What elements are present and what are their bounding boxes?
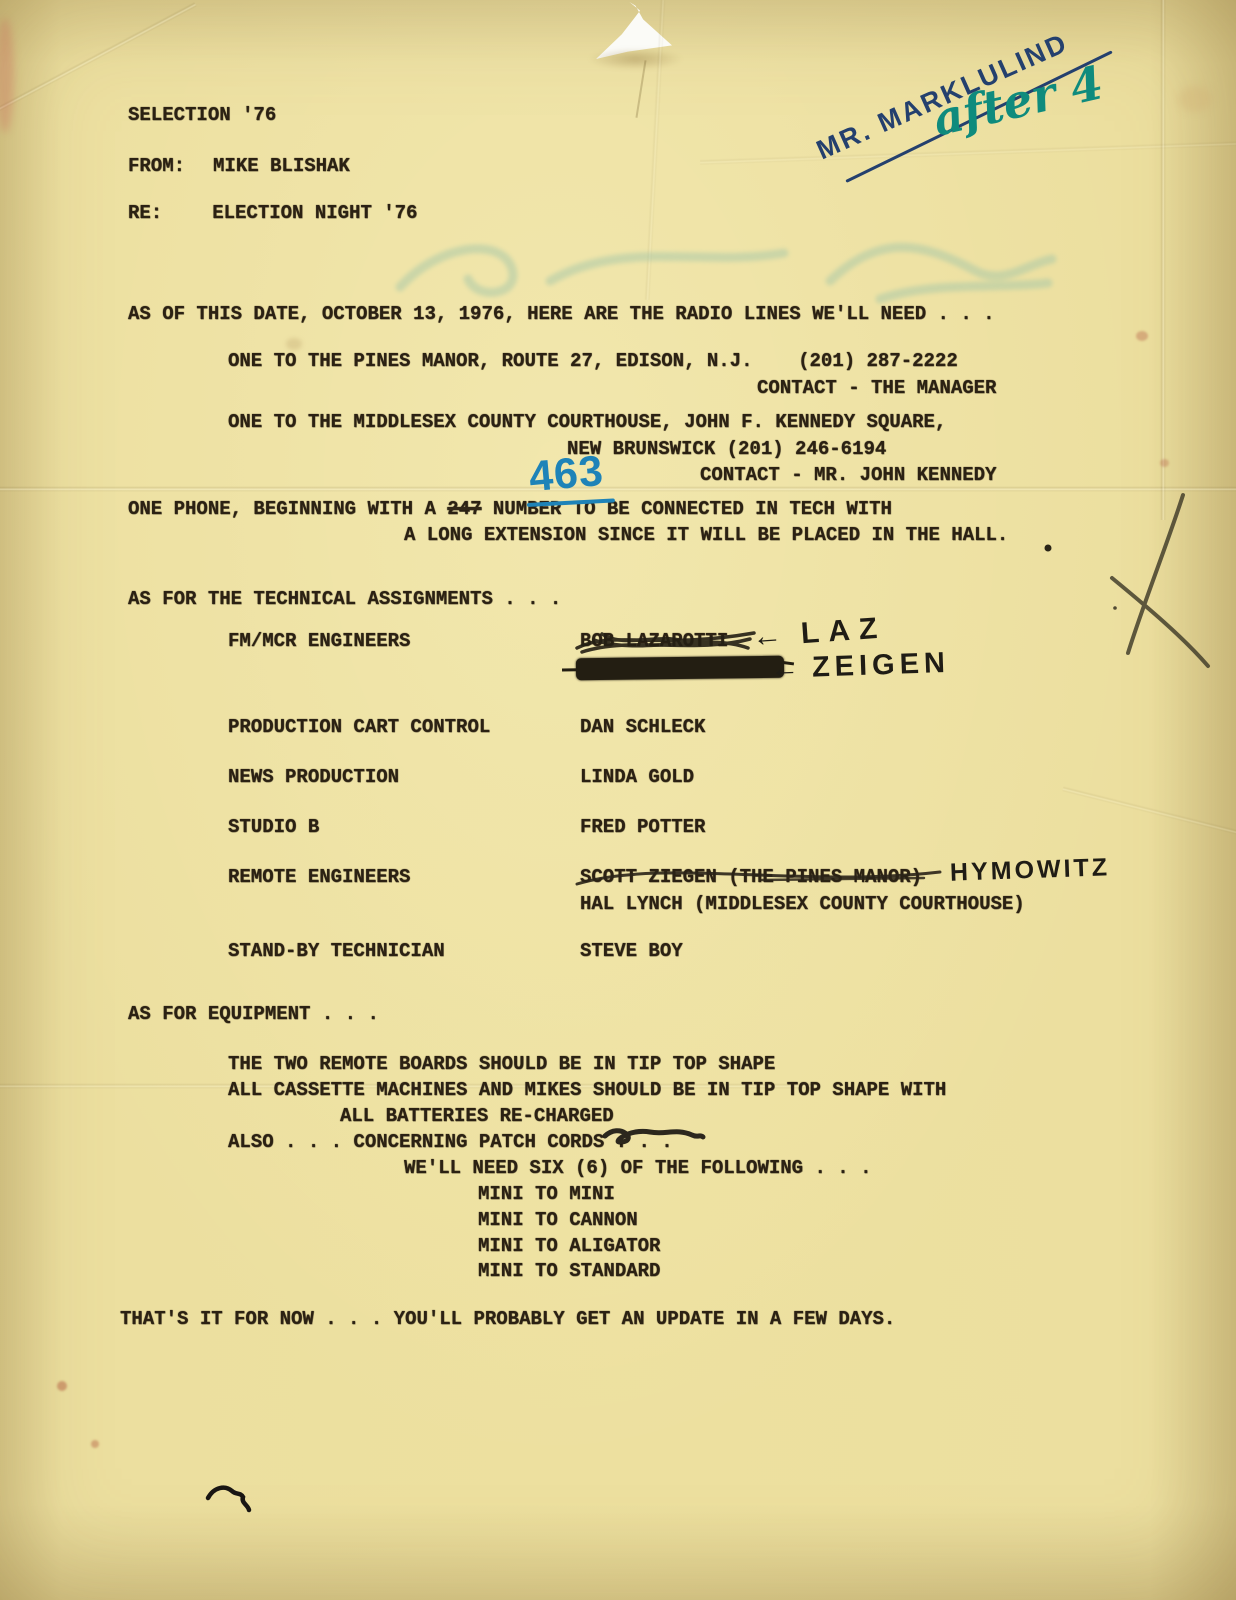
assignment-name: STEVE BOY — [580, 940, 683, 962]
re-subject: ELECTION NIGHT '76 — [162, 202, 417, 224]
ink-strikethrough — [572, 858, 972, 894]
paper-crease — [1062, 786, 1236, 840]
equipment-heading: AS FOR EQUIPMENT . . . — [128, 1003, 379, 1025]
assignment-role: STUDIO B — [228, 816, 319, 838]
paper-tear-shadow — [588, 48, 683, 70]
ink-squiggle — [202, 1480, 262, 1516]
from-label: FROM: — [128, 155, 185, 177]
phone-line: ONE PHONE, BEGINNING WITH A 247 NUMBER T… — [128, 498, 892, 520]
assignment-name-line2: HAL LYNCH (MIDDLESEX COUNTY COURTHOUSE) — [580, 893, 1025, 915]
paper-stain — [0, 18, 14, 133]
assignment-role: FM/MCR ENGINEERS — [228, 630, 410, 652]
assignment-name: DAN SCHLECK — [580, 716, 705, 738]
equipment-line: MINI TO STANDARD — [478, 1260, 660, 1282]
assignment-role: STAND-BY TECHNICIAN — [228, 940, 445, 962]
old-phone-prefix: 247 — [447, 498, 481, 520]
equipment-line: MINI TO MINI — [478, 1183, 615, 1205]
paper-stain — [57, 1381, 67, 1391]
paper-stain — [1136, 331, 1148, 341]
equipment-line: WE'LL NEED SIX (6) OF THE FOLLOWING . . … — [404, 1157, 871, 1179]
assignment-name: FRED POTTER — [580, 816, 705, 838]
handwritten-fm-note-1: ←LAZ — [751, 611, 887, 654]
arrow-icon: ← — [769, 652, 804, 685]
handwritten-phone-correction: 463 — [527, 447, 606, 502]
ink-scribble — [572, 624, 762, 658]
assignment-name: LINDA GOLD — [580, 766, 694, 788]
pines-contact-line: CONTACT - THE MANAGER — [757, 377, 996, 399]
paper-stain — [1160, 459, 1169, 467]
radio-line-pines: ONE TO THE PINES MANOR, ROUTE 27, EDISON… — [228, 350, 958, 372]
paper-stain — [286, 338, 302, 350]
ink-bleedthrough — [360, 225, 1060, 315]
equipment-line: THE TWO REMOTE BOARDS SHOULD BE IN TIP T… — [228, 1053, 775, 1075]
equipment-line: MINI TO CANNON — [478, 1209, 638, 1231]
re-label: RE: — [128, 202, 162, 224]
re-line: RE:ELECTION NIGHT '76 — [128, 202, 417, 224]
redacted-name-block — [576, 656, 784, 681]
paper-stain — [91, 1440, 99, 1448]
from-line: FROM:MIKE BLISHAK — [128, 155, 350, 177]
arrow-icon: ← — [751, 618, 792, 654]
assignment-role: PRODUCTION CART CONTROL — [228, 716, 490, 738]
courthouse-contact-line: CONTACT - MR. JOHN KENNEDY — [700, 464, 996, 486]
equipment-line: ALL BATTERIES RE-CHARGED — [340, 1105, 614, 1127]
assignments-heading: AS FOR THE TECHNICAL ASSIGNMENTS . . . — [128, 588, 561, 610]
from-name: MIKE BLISHAK — [185, 155, 350, 177]
equipment-line: MINI TO ALIGATOR — [478, 1235, 660, 1257]
pencil-x-mark — [1040, 480, 1236, 680]
phone-line-2: A LONG EXTENSION SINCE IT WILL BE PLACED… — [404, 524, 1008, 546]
ink-scribble — [600, 1122, 705, 1148]
assignment-role: NEWS PRODUCTION — [228, 766, 399, 788]
paper-stain — [1178, 86, 1212, 112]
memo-title: SELECTION '76 — [128, 104, 276, 126]
paper-crease — [700, 141, 1236, 166]
handwritten-fm-note-2: ←ZEIGEN — [769, 647, 950, 686]
paper-crease — [1160, 0, 1166, 520]
assignment-role: REMOTE ENGINEERS — [228, 866, 410, 888]
closing-line: THAT'S IT FOR NOW . . . YOU'LL PROBABLY … — [120, 1308, 895, 1330]
radio-line-courthouse: ONE TO THE MIDDLESEX COUNTY COURTHOUSE, … — [228, 411, 946, 433]
scanned-memo-page: SELECTION '76 FROM:MIKE BLISHAK RE:ELECT… — [0, 0, 1236, 1600]
intro-line: AS OF THIS DATE, OCTOBER 13, 1976, HERE … — [128, 303, 995, 325]
handwritten-replacement-name: HYMOWITZ — [950, 853, 1111, 888]
courthouse-address-line: NEW BRUNSWICK (201) 246-6194 — [567, 438, 886, 460]
equipment-line: ALL CASSETTE MACHINES AND MIKES SHOULD B… — [228, 1079, 946, 1101]
